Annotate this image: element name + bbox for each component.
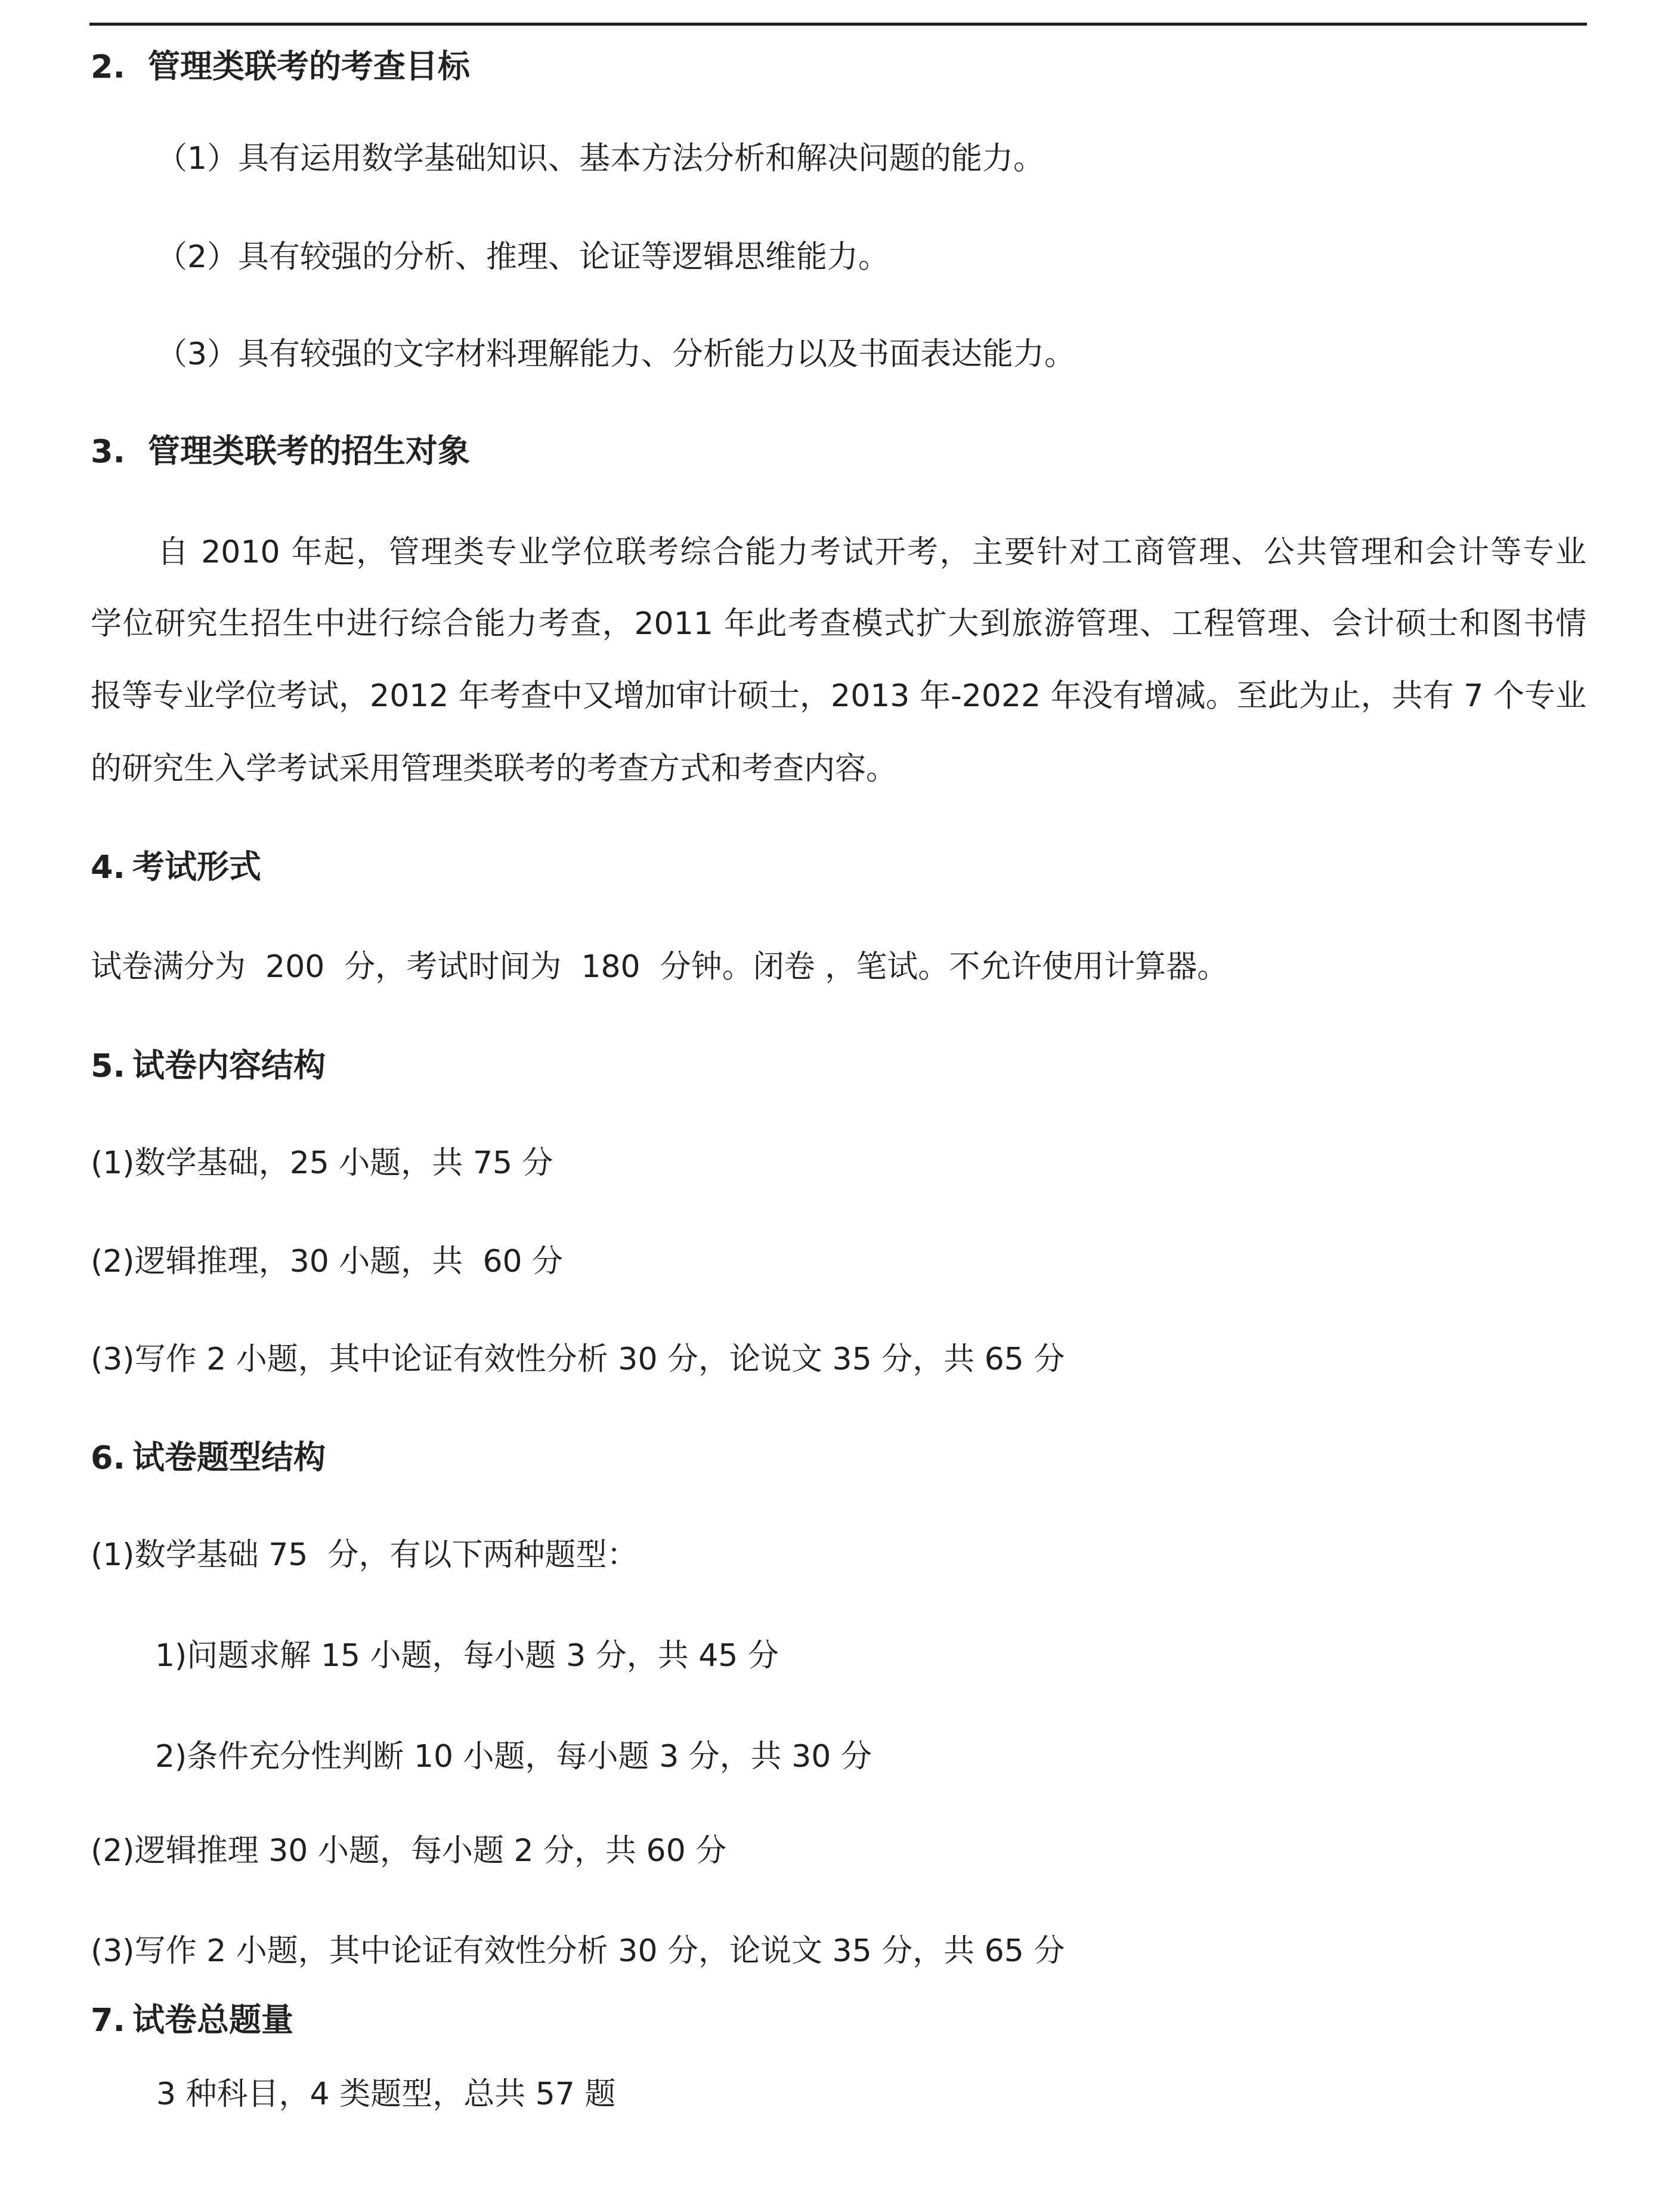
format-body: 试卷满分为 200 分，考试时间为 180 分钟。闭卷 ，笔试。不允许使用计算器… bbox=[91, 949, 1228, 985]
section-number: 3. bbox=[91, 434, 148, 469]
section-title: 试卷内容结构 bbox=[132, 1047, 326, 1084]
section-title: 试卷总题量 bbox=[132, 2001, 293, 2039]
document-page: 2.管理类联考的考查目标 （1）具有运用数学基础知识、基本方法分析和解决问题的能… bbox=[0, 0, 1680, 2210]
paragraph-line-1: 自 2010 年起，管理类专业学位联考综合能力考试开考，主要针对工商管理、公共管… bbox=[157, 534, 1586, 570]
goal-item-2: （2）具有较强的分析、推理、论证等逻辑思维能力。 bbox=[156, 239, 889, 275]
content-item-2: (2)逻辑推理，30 小题，共 60 分 bbox=[91, 1244, 563, 1279]
section-heading-format: 4.考试形式 bbox=[91, 849, 261, 885]
question-type-item-2: (2)逻辑推理 30 小题，每小题 2 分，共 60 分 bbox=[91, 1833, 726, 1869]
content-item-1: (1)数学基础，25 小题，共 75 分 bbox=[91, 1145, 553, 1181]
content-item-3: (3)写作 2 小题，其中论证有效性分析 30 分，论说文 35 分，共 65 … bbox=[91, 1342, 1065, 1377]
section-heading-content: 5.试卷内容结构 bbox=[91, 1048, 326, 1084]
section-heading-target: 3.管理类联考的招生对象 bbox=[91, 434, 470, 469]
section-number: 5. bbox=[91, 1048, 132, 1084]
question-type-subitem-1: 1)问题求解 15 小题，每小题 3 分，共 45 分 bbox=[155, 1638, 779, 1674]
header-rule bbox=[89, 23, 1587, 26]
section-heading-goals: 2.管理类联考的考查目标 bbox=[91, 49, 470, 85]
question-type-item-3: (3)写作 2 小题，其中论证有效性分析 30 分，论说文 35 分，共 65 … bbox=[91, 1933, 1065, 1969]
paragraph-line-2: 学位研究生招生中进行综合能力考查，2011 年此考查模式扩大到旅游管理、工程管理… bbox=[91, 606, 1586, 642]
section-title: 考试形式 bbox=[132, 848, 261, 886]
section-title: 管理类联考的招生对象 bbox=[148, 432, 470, 470]
section-heading-question-types: 6.试卷题型结构 bbox=[91, 1440, 326, 1476]
section-title: 管理类联考的考查目标 bbox=[148, 48, 470, 85]
question-type-item-1: (1)数学基础 75 分，有以下两种题型： bbox=[91, 1537, 638, 1573]
section-title: 试卷题型结构 bbox=[132, 1439, 326, 1476]
paragraph-line-4: 的研究生入学考试采用管理类联考的考查方式和考查内容。 bbox=[91, 751, 1586, 787]
section-number: 7. bbox=[91, 2002, 132, 2038]
goal-item-1: （1）具有运用数学基础知识、基本方法分析和解决问题的能力。 bbox=[156, 141, 1044, 177]
section-heading-total: 7.试卷总题量 bbox=[91, 2002, 293, 2038]
paragraph-line-3: 报等专业学位考试，2012 年考查中又增加审计硕士，2013 年-2022 年没… bbox=[91, 678, 1586, 714]
section-number: 6. bbox=[91, 1440, 132, 1476]
question-type-subitem-2: 2)条件充分性判断 10 小题，每小题 3 分，共 30 分 bbox=[155, 1739, 872, 1775]
section-number: 4. bbox=[91, 849, 132, 885]
section-number: 2. bbox=[91, 49, 148, 85]
total-body: 3 种科目，4 类题型，总共 57 题 bbox=[156, 2076, 615, 2112]
goal-item-3: （3）具有较强的文字材料理解能力、分析能力以及书面表达能力。 bbox=[156, 336, 1075, 372]
